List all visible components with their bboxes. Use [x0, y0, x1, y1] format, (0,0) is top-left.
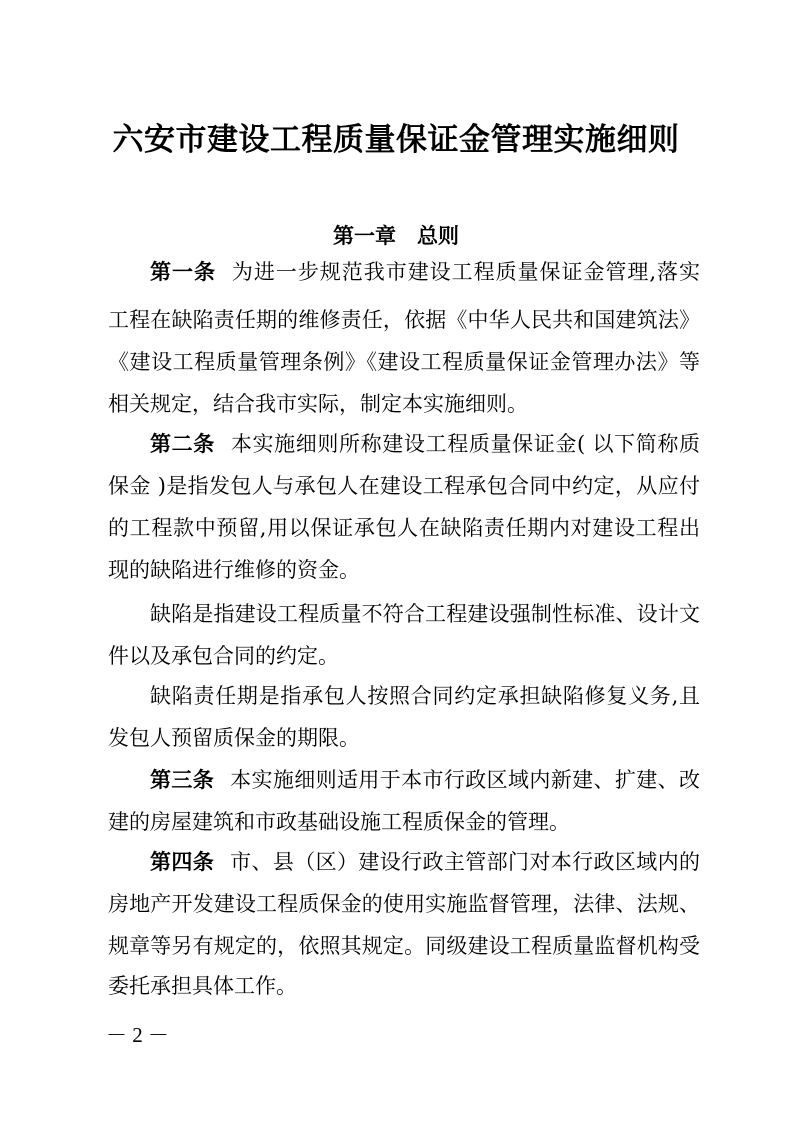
article-4-line-1: 第四条市、县（区）建设行政主管部门对本行政区域内的: [150, 842, 700, 882]
document-title: 六安市建设工程质量保证金管理实施细则: [0, 118, 792, 162]
article-2-line-1: 第二条本实施细则所称建设工程质量保证金( 以下简称质: [150, 424, 700, 464]
article-1-line-3: 《建设工程质量管理条例》《建设工程质量保证金管理办法》等: [108, 342, 700, 382]
article-3-line-2: 建的房屋建筑和市政基础设施工程质保金的管理。: [108, 802, 700, 842]
defect-definition-line-1: 缺陷是指建设工程质量不符合工程建设强制性标准、设计文: [150, 594, 700, 634]
article-1-line-2: 工程在缺陷责任期的维修责任，依据《中华人民共和国建筑法》: [108, 300, 700, 340]
page-number: － 2 －: [106, 1020, 169, 1050]
article-2-line-4: 现的缺陷进行维修的资金。: [108, 550, 700, 590]
chapter-heading: 第一章 总则: [0, 221, 792, 251]
article-label: 第二条: [150, 431, 215, 456]
document-page: 六安市建设工程质量保证金管理实施细则 第一章 总则 第一条为进一步规范我市建设工…: [0, 0, 792, 1122]
article-3-line-1: 第三条本实施细则适用于本市行政区域内新建、扩建、改: [150, 760, 700, 800]
article-4-line-4: 委托承担具体工作。: [108, 966, 700, 1006]
article-text: 本实施细则所称建设工程质量保证金( 以下简称质: [231, 432, 700, 456]
article-2-line-3: 的工程款中预留,用以保证承包人在缺陷责任期内对建设工程出: [108, 508, 700, 548]
article-text: 市、县（区）建设行政主管部门对本行政区域内的: [230, 850, 700, 874]
article-1-line-1: 第一条为进一步规范我市建设工程质量保证金管理,落实: [150, 252, 700, 292]
article-text: 为进一步规范我市建设工程质量保证金管理,落实: [232, 260, 700, 284]
article-4-line-2: 房地产开发建设工程质保金的使用实施监督管理，法律、法规、: [108, 884, 700, 924]
article-1-line-4: 相关规定，结合我市实际，制定本实施细则。: [108, 384, 700, 424]
article-2-line-2: 保金 )是指发包人与承包人在建设工程承包合同中约定，从应付: [108, 466, 700, 506]
article-label: 第四条: [150, 849, 214, 874]
liability-period-line-1: 缺陷责任期是指承包人按照合同约定承担缺陷修复义务,且: [150, 676, 700, 716]
article-label: 第三条: [150, 767, 214, 792]
article-label: 第一条: [150, 259, 216, 284]
liability-period-line-2: 发包人预留质保金的期限。: [108, 718, 700, 758]
defect-definition-line-2: 件以及承包合同的约定。: [108, 636, 700, 676]
article-4-line-3: 规章等另有规定的，依照其规定。同级建设工程质量监督机构受: [108, 926, 700, 966]
article-text: 本实施细则适用于本市行政区域内新建、扩建、改: [230, 768, 700, 792]
